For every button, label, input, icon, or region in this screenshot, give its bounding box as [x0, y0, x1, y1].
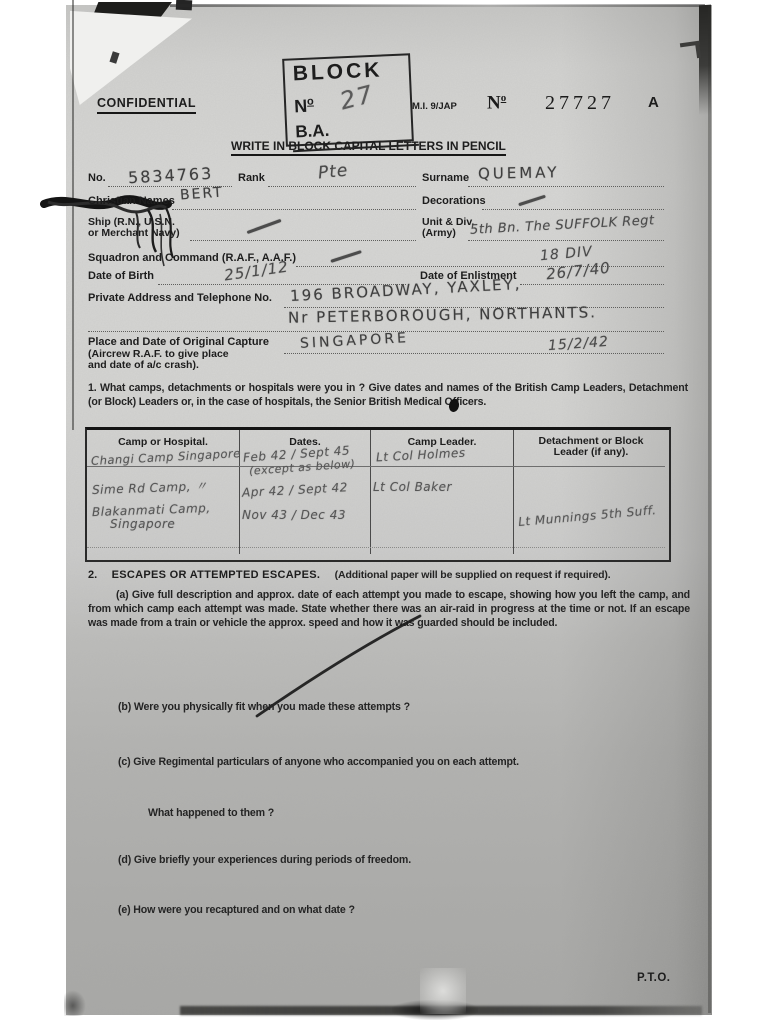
right-edge-shadow	[708, 5, 711, 1013]
table-column-divider-3	[513, 430, 514, 554]
series-letter: A	[648, 94, 659, 112]
table-row-2-dates: Apr 42 / Sept 42	[242, 480, 349, 500]
field-christian-names-value: BERT	[179, 184, 224, 203]
field-unit-line	[468, 240, 664, 241]
serial-no-o: o	[501, 92, 507, 104]
field-enlistment-line	[520, 284, 664, 285]
field-surname-line	[468, 186, 664, 187]
pto-label: P.T.O.	[637, 972, 670, 986]
confidential-marking: CONFIDENTIAL	[97, 96, 196, 114]
block-number-stamp: BLOCK No 27 B.A.	[282, 53, 414, 146]
serial-no-label: No	[487, 92, 506, 114]
table-row-3-camp-2: Singapore	[110, 517, 175, 531]
field-surname-label: Surname	[422, 172, 469, 185]
table-row-2-camp: Sime Rd Camp, 〃	[92, 477, 208, 498]
stamp-handwritten-number: 27	[337, 80, 377, 116]
camps-table: Camp or Hospital. Dates. Camp Leader. De…	[85, 427, 671, 562]
question-2c2-text: What happened to them ?	[148, 806, 548, 820]
question-1-text: 1. What camps, detachments or hospitals …	[88, 381, 688, 409]
question-2-note: (Additional paper will be supplied on re…	[335, 569, 611, 581]
table-row-1-leader: Lt Col Holmes	[376, 446, 466, 465]
top-edge-shadow	[170, 4, 705, 7]
field-christian-names-label: Christian Names	[88, 195, 175, 208]
bottom-left-smudge	[64, 990, 86, 1016]
question-2d-text: (d) Give briefly your experiences during…	[118, 853, 678, 867]
question-2e-text: (e) How were you recaptured and on what …	[118, 903, 678, 917]
stamp-no-n: N	[294, 96, 308, 117]
field-ship-line	[190, 240, 416, 241]
question-2b-text: (b) Were you physically fit when you mad…	[118, 700, 678, 714]
field-rank-line	[268, 186, 416, 187]
table-bottom-faint-rule	[87, 547, 665, 548]
field-dob-label: Date of Birth	[88, 270, 154, 283]
field-decorations-label: Decorations	[422, 195, 486, 208]
bottom-white-patch	[420, 968, 466, 1014]
table-header-rule	[87, 466, 665, 467]
question-2-number: 2.	[88, 569, 97, 581]
field-no-label: No.	[88, 172, 106, 185]
serial-no-n: N	[487, 92, 501, 113]
question-2-title: ESCAPES OR ATTEMPTED ESCAPES.	[112, 569, 321, 581]
field-address-label: Private Address and Telephone No.	[88, 292, 272, 305]
scanned-pow-form-page: CONFIDENTIAL BLOCK No 27 B.A. M.I. 9/JAP…	[0, 0, 772, 1024]
field-decorations-line	[482, 209, 664, 210]
field-capture-line	[284, 353, 664, 354]
field-unit-label-2: (Army)	[422, 227, 456, 240]
field-capture-label-3: and date of a/c crash).	[88, 359, 199, 372]
table-row-3-block-leader: Lt Munnings 5th Suff.	[518, 503, 657, 529]
field-rank-value: Pte	[317, 160, 349, 183]
stamp-no-label: No	[294, 96, 315, 118]
table-column-divider-2	[370, 430, 371, 554]
table-row-1-camp: Changi Camp Singapore	[91, 446, 241, 468]
table-header-block-2: Leader (if any).	[515, 446, 667, 458]
form-reference: M.I. 9/JAP	[412, 101, 457, 112]
question-2-heading: 2. ESCAPES OR ATTEMPTED ESCAPES. (Additi…	[88, 565, 688, 583]
field-surname-value: QUEMAY	[478, 163, 560, 182]
field-ship-label-2: or Merchant Navy)	[88, 227, 180, 240]
question-2c-text: (c) Give Regimental particulars of anyon…	[118, 755, 678, 769]
table-row-2-leader: Lt Col Baker	[373, 480, 452, 494]
stamp-no-o: o	[307, 96, 314, 108]
field-rank-label: Rank	[238, 172, 265, 185]
table-header-camp: Camp or Hospital.	[97, 436, 229, 448]
field-christian-names-line	[172, 209, 416, 210]
serial-number: 27727	[545, 92, 615, 115]
table-row-3-dates: Nov 43 / Dec 43	[242, 508, 346, 522]
